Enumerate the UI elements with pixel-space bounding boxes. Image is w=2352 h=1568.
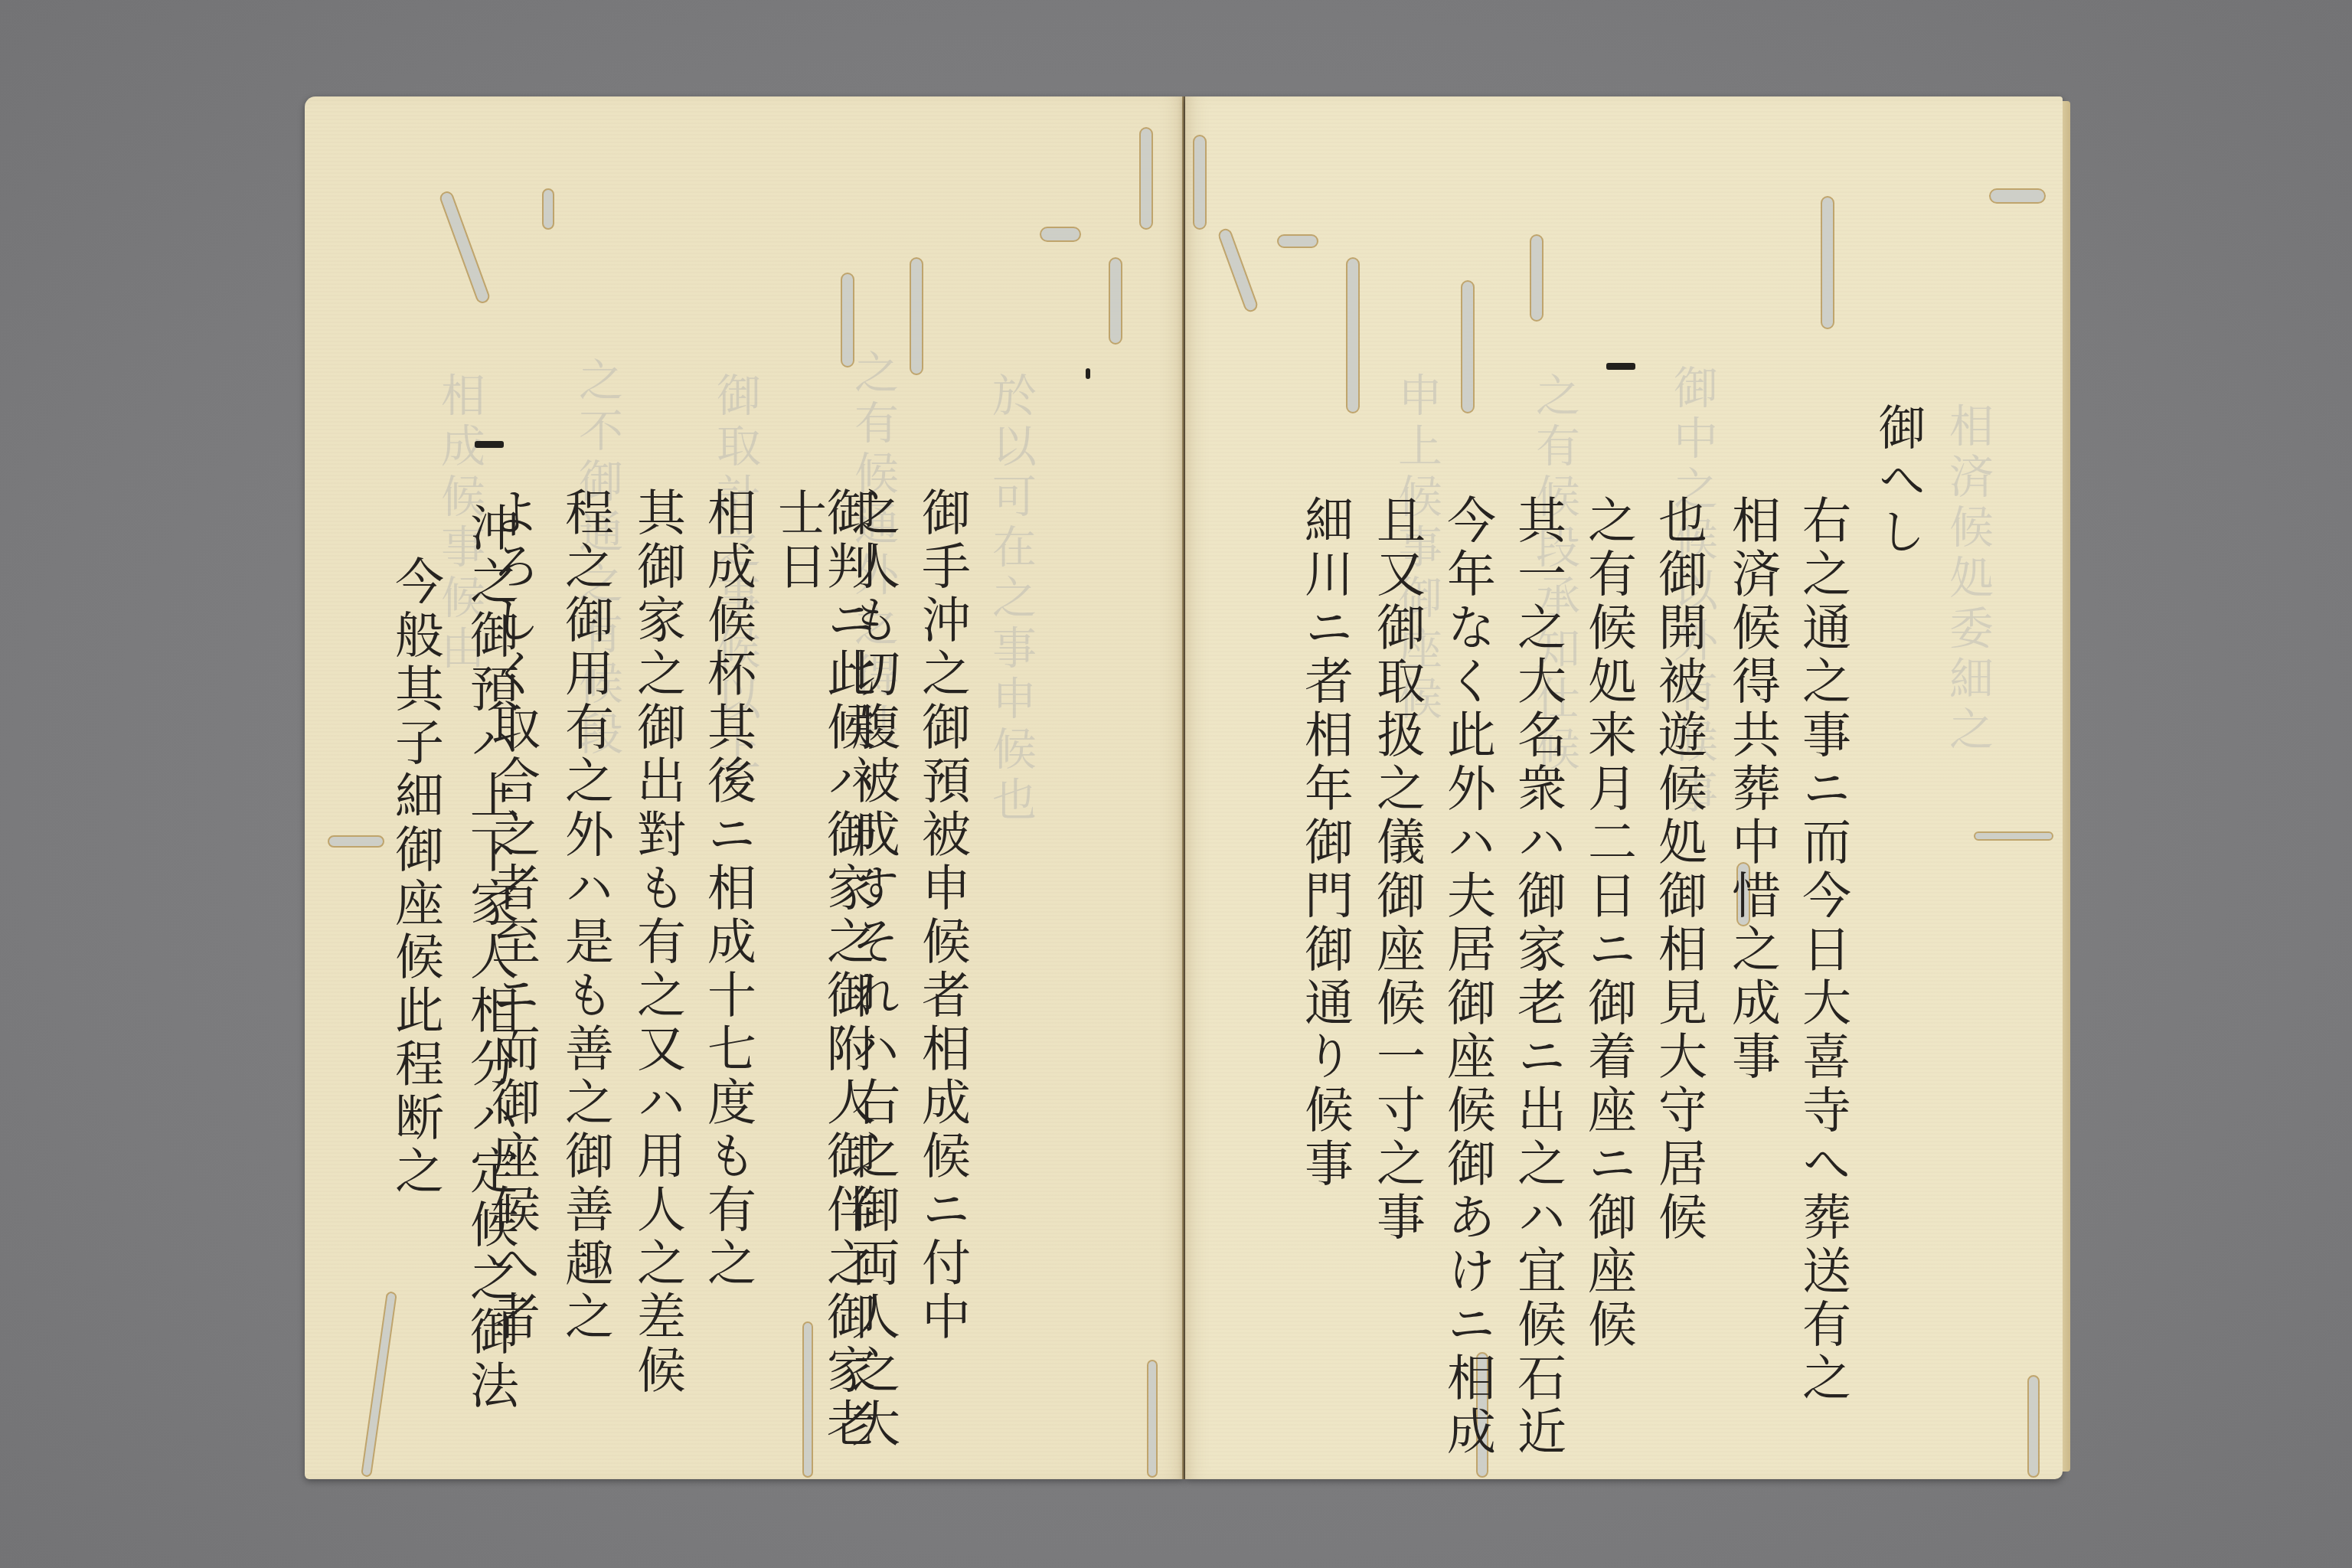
text-column: 且又御取扱之儀御座候一寸之事 [1372,495,1421,1245]
text-column: 相成候杯其後ニ相成十七度も有之 [703,487,752,1291]
wormhole-damage [1277,234,1318,248]
text-column: 也御開被遊候処御相見大守居候 [1654,495,1703,1245]
wormhole-damage [542,188,554,230]
wormhole-damage [1040,227,1081,242]
wormhole-damage [361,1291,397,1478]
text-column: 其一之大名衆ハ御家老ニ出之ハ宜候石近 [1513,495,1562,1459]
wormhole-damage [1139,127,1153,230]
wormhole-damage [841,273,854,367]
wormhole-damage [1346,257,1360,413]
text-column: 相済候得共葬中惜之成事 [1727,495,1776,1084]
wormhole-damage [1974,831,2053,841]
binding-mark [1086,368,1090,379]
wormhole-damage [1530,234,1543,322]
wormhole-damage [328,835,384,848]
open-book: 於以可在之事申候也 之有候通外之得共 御取計之事候以上 之不御通之有候段 相成候… [305,96,2063,1479]
item-marker-ichi [1606,363,1635,370]
wormhole-damage [910,257,923,375]
text-column: 今年なく此外ハ夫居御座候御あけニ相成 [1442,495,1491,1459]
wormhole-damage [1461,280,1475,413]
text-column: 細川ニ者相年御門御通り候事 [1300,495,1349,1191]
wormhole-damage [438,190,492,305]
text-column: 其御家之御出對も有之又ハ用人之差候 [632,487,681,1398]
wormhole-damage [1147,1360,1158,1478]
section-heading: 御へし [1874,403,1922,559]
text-column: 右之通之事ニ而今日大喜寺へ葬送有之 [1798,495,1847,1406]
text-column: 今般其子細御座候此程断之 [390,556,439,1199]
wormhole-damage [1217,227,1259,313]
wormhole-damage [1109,257,1122,345]
text-column: 御判ニ此候ハ御家之御附人御伴之御家老士日 [773,487,871,1479]
text-column: 御手沖之御預被申候者相成候ニ付中 [917,487,966,1344]
wormhole-damage [2027,1375,2040,1478]
text-column: 之有候処来月二日ニ御着座ニ御座候 [1583,495,1632,1352]
text-column: 沖之御預ハ上下家人相分ハ定候之御法 [465,502,514,1413]
left-page: 於以可在之事申候也 之有候通外之得共 御取計之事候以上 之不御通之有候段 相成候… [305,96,1184,1479]
item-marker-ichi [475,441,504,448]
wormhole-damage [1193,135,1207,230]
wormhole-damage [1821,196,1834,329]
page-edge-stack [2063,101,2070,1472]
right-page: 御中之候以外有候事 之有候段承知仕候 申上候事御座候 相済候処委細之 御へし 右… [1185,96,2063,1479]
wormhole-damage [1989,188,2046,204]
show-through-text: 相済候処委細之 [1935,403,2000,1398]
text-column: 程之御用有之外ハ是も善之御善趣之 [560,487,609,1344]
show-through-text: 於以可在之事申候也 [978,372,1043,1367]
